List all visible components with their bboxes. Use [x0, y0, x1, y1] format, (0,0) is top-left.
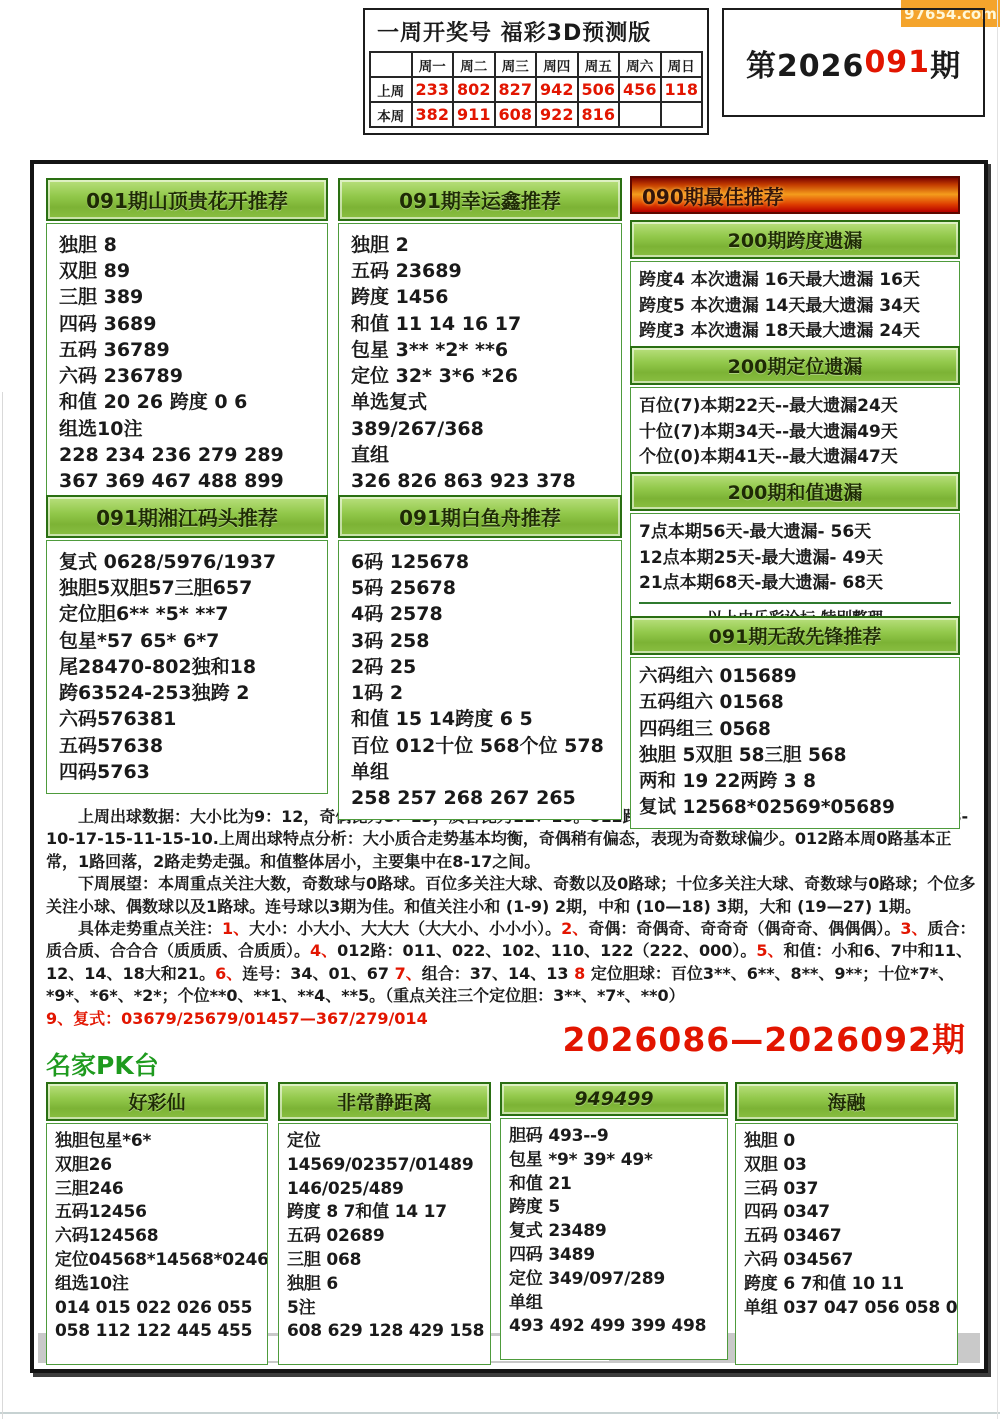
pk-line: 608 629 128 429 158	[287, 1320, 482, 1344]
omission-section: 200期和值遗漏7点本期56天-最大遗漏- 56天12点本期25天-最大遗漏- …	[630, 472, 960, 637]
prediction-box: 091期湘江码头推荐复式 0628/5976/1937独胆5双胆57三胆657定…	[46, 495, 328, 794]
omission-section-body: 百位(7)本期22天--最大遗漏24天十位(7)本期34天--最大遗漏49天个位…	[630, 387, 960, 478]
omission-line: 独胆 5双胆 58三胆 568	[639, 743, 951, 769]
omission-section-body: 跨度4 本次遗漏 16天最大遗漏 16天跨度5 本次遗漏 14天最大遗漏 34天…	[630, 261, 960, 352]
week-table-value: 911	[453, 102, 495, 127]
week-table-value: 118	[661, 77, 703, 102]
issue-range: 2026086—2026092期	[561, 1014, 968, 1061]
prediction-line: 直组	[351, 442, 609, 468]
omission-line: 复试 12568*02569*05689	[639, 795, 951, 821]
pk-box-body: 定位14569/02357/01489146/025/489跨度 8 7和值 1…	[278, 1123, 491, 1365]
pk-line: 和值 21	[509, 1173, 719, 1197]
prediction-box-title: 091期白鱼舟推荐	[338, 495, 622, 538]
omission-line: 两和 19 22两跨 3 8	[639, 769, 951, 795]
week-table-col-header: 周三	[495, 52, 537, 77]
prediction-line: 跨度 1456	[351, 284, 609, 310]
prediction-line: 定位 32* 3*6 *26	[351, 363, 609, 389]
prediction-line: 定位胆6** *5* **7	[59, 601, 315, 627]
pk-line: 三码 037	[744, 1178, 949, 1202]
pk-line: 包星 *9* 39* 49*	[509, 1149, 719, 1173]
prediction-line: 2码 25	[351, 654, 609, 680]
prediction-line: 独胆 2	[351, 232, 609, 258]
pk-line: 五码 02689	[287, 1225, 482, 1249]
prediction-line: 组选10注	[59, 416, 315, 442]
omission-line: 跨度4 本次遗漏 16天最大遗漏 16天	[639, 268, 951, 294]
analysis-segment: 大小：小大小、大大大（大大小、小小小）。	[249, 919, 561, 938]
prediction-line: 单选复式	[351, 389, 609, 415]
prediction-box-title: 091期幸运鑫推荐	[338, 178, 622, 221]
prediction-line: 包星*57 65* 6*7	[59, 628, 315, 654]
prediction-box-title: 091期山顶贵花开推荐	[46, 178, 328, 221]
pk-line: 双胆 03	[744, 1154, 949, 1178]
prediction-line: 四码 3689	[59, 311, 315, 337]
pk-line: 三胆246	[55, 1178, 259, 1202]
prediction-line: 389/267/368	[351, 416, 609, 442]
analysis-segment: 4、	[310, 941, 337, 960]
omission-section: 200期定位遗漏百位(7)本期22天--最大遗漏24天十位(7)本期34天--最…	[630, 346, 960, 478]
pk-line: 146/025/489	[287, 1178, 482, 1202]
analysis-text: 上周出球数据：大小比为9：12，奇偶比为8：13，质合比为11：10。012路比…	[46, 806, 980, 1030]
pk-line: 定位04568*14568*02468	[55, 1249, 259, 1273]
prediction-line: 258 257 268 267 265	[351, 785, 609, 811]
pk-line: 双胆26	[55, 1154, 259, 1178]
week-table-value: 506	[578, 77, 620, 102]
pk-line: 独胆 0	[744, 1130, 949, 1154]
analysis-segment: 具体走势重点关注：	[78, 919, 222, 938]
pk-box-body: 独胆 0双胆 03三码 037四码 0347五码 03467六码 034567跨…	[735, 1123, 958, 1365]
prediction-line: 1码 2	[351, 680, 609, 706]
prediction-box: 091期幸运鑫推荐独胆 2五码 23689跨度 1456和值 11 14 16 …	[338, 178, 622, 529]
prediction-line: 单组	[351, 759, 609, 785]
week-table-corner	[370, 52, 412, 77]
prediction-box: 091期白鱼舟推荐6码 1256785码 256784码 25783码 2582…	[338, 495, 622, 820]
omission-line: 六码组六 015689	[639, 664, 951, 690]
week-table-value: 942	[536, 77, 578, 102]
prediction-box: 091期山顶贵花开推荐独胆 8双胆 89三胆 389四码 3689五码 3678…	[46, 178, 328, 503]
pk-line: 定位	[287, 1130, 482, 1154]
omission-section-title: 200期定位遗漏	[630, 346, 960, 385]
pk-line: 493 492 499 399 498	[509, 1315, 719, 1339]
week-table-title: 一周开奖号 福彩3D预测版	[365, 10, 707, 51]
prediction-line: 6码 125678	[351, 549, 609, 575]
pk-line: 14569/02357/01489	[287, 1154, 482, 1178]
prediction-line: 双胆 89	[59, 258, 315, 284]
prediction-line: 3码 258	[351, 628, 609, 654]
prediction-line: 5码 25678	[351, 575, 609, 601]
prediction-line: 独胆 8	[59, 232, 315, 258]
issue-suffix: 期	[930, 41, 961, 85]
pk-box-body: 胆码 493--9包星 *9* 39* 49*和值 21跨度 5复式 23489…	[500, 1118, 728, 1360]
prediction-line: 367 369 467 488 899	[59, 468, 315, 494]
week-table-row-label: 上周	[370, 77, 412, 102]
pk-line: 独胆包星*6*	[55, 1130, 259, 1154]
analysis-segment: 组合：37、14、13	[422, 964, 574, 983]
prediction-line: 228 234 236 279 289	[59, 442, 315, 468]
page-bottom-line	[0, 1412, 1000, 1414]
best-recommend-banner: 090期最佳推荐	[630, 176, 960, 214]
week-table-value: 382	[412, 102, 454, 127]
pk-line: 三胆 068	[287, 1249, 482, 1273]
omission-line: 跨度3 本次遗漏 18天最大遗漏 24天	[639, 319, 951, 345]
pk-line: 五码12456	[55, 1201, 259, 1225]
week-table-row: 上周233802827942506456118	[370, 77, 702, 102]
prediction-box-body: 复式 0628/5976/1937独胆5双胆57三胆657定位胆6** *5* …	[46, 540, 328, 794]
issue-number: 第2026091期	[722, 8, 985, 117]
pk-line: 跨度 5	[509, 1196, 719, 1220]
week-table-header-row: 周一周二周三周四周五周六周日	[370, 52, 702, 77]
pk-line: 复式 23489	[509, 1220, 719, 1244]
analysis-segment: 2、	[561, 919, 588, 938]
week-table-grid: 周一周二周三周四周五周六周日上周233802827942506456118本周3…	[369, 51, 703, 128]
pk-line: 六码124568	[55, 1225, 259, 1249]
week-table-row: 本周382911608922816	[370, 102, 702, 127]
main-board: 090期最佳推荐 上周出球数据：大小比为9：12，奇偶比为8：13，质合比为11…	[30, 160, 988, 1373]
pk-line: 六码 034567	[744, 1249, 949, 1273]
pk-line: 单组	[509, 1292, 719, 1316]
prediction-line: 四码5763	[59, 759, 315, 785]
pk-line: 5注	[287, 1297, 482, 1321]
analysis-paragraph-2: 下周展望：本周重点关注大数，奇数球与0路球。百位多关注大球、奇数以及0路球；十位…	[46, 873, 980, 918]
pk-line: 胆码 493--9	[509, 1125, 719, 1149]
prediction-line: 独胆5双胆57三胆657	[59, 575, 315, 601]
prediction-line: 复式 0628/5976/1937	[59, 549, 315, 575]
omission-line: 7点本期56天-最大遗漏- 56天	[639, 520, 951, 546]
prediction-line: 六码576381	[59, 706, 315, 732]
omission-line: 百位(7)本期22天--最大遗漏24天	[639, 394, 951, 420]
prediction-line: 百位 012十位 568个位 578	[351, 733, 609, 759]
prediction-line: 包星 3** *2* **6	[351, 337, 609, 363]
prediction-box-body: 独胆 8双胆 89三胆 389四码 3689五码 36789六码 236789和…	[46, 223, 328, 503]
pk-line: 四码 3489	[509, 1244, 719, 1268]
pk-box: 好彩仙独胆包星*6*双胆26三胆246五码12456六码124568定位0456…	[46, 1082, 268, 1365]
prediction-line: 跨63524-253独跨 2	[59, 680, 315, 706]
analysis-segment: 1、	[222, 919, 249, 938]
analysis-paragraph-3: 具体走势重点关注：1、大小：小大小、大大大（大大小、小小小）。2、奇偶：奇偶奇、…	[46, 918, 980, 1008]
analysis-segment: 奇偶：奇偶奇、奇奇奇（偶奇奇、偶偶偶）。	[588, 919, 900, 938]
analysis-segment: 6、	[215, 964, 242, 983]
analysis-segment: 连号：34、01、67	[242, 964, 394, 983]
prediction-box-title: 091期湘江码头推荐	[46, 495, 328, 538]
pk-box: 海融独胆 0双胆 03三码 037四码 0347五码 03467六码 03456…	[735, 1082, 958, 1365]
banner-label: 090期最佳推荐	[642, 181, 784, 210]
omission-line: 十位(7)本期34天--最大遗漏49天	[639, 420, 951, 446]
prediction-box-body: 独胆 2五码 23689跨度 1456和值 11 14 16 17包星 3** …	[338, 223, 622, 529]
week-table-col-header: 周六	[619, 52, 661, 77]
pk-box: 非常静距离定位14569/02357/01489146/025/489跨度 8 …	[278, 1082, 491, 1365]
pk-line: 独胆 6	[287, 1273, 482, 1297]
analysis-segment: 012路：011、022、102、110、122（222、000）。	[337, 941, 756, 960]
omission-line: 跨度5 本次遗漏 14天最大遗漏 34天	[639, 294, 951, 320]
week-table-value: 608	[495, 102, 537, 127]
prediction-line: 4码 2578	[351, 601, 609, 627]
week-table-value: 827	[495, 77, 537, 102]
omission-line: 五码组六 01568	[639, 690, 951, 716]
analysis-segment: 3、	[900, 919, 927, 938]
omission-section-title: 091期无敌先锋推荐	[630, 616, 960, 655]
prediction-line: 和值 11 14 16 17	[351, 311, 609, 337]
pk-box: 949499胆码 493--9包星 *9* 39* 49*和值 21跨度 5复式…	[500, 1082, 728, 1360]
pk-line: 014 015 022 026 055	[55, 1297, 259, 1321]
omission-section-body: 六码组六 015689五码组六 01568四码组三 0568独胆 5双胆 58三…	[630, 657, 960, 829]
prediction-line: 五码 23689	[351, 258, 609, 284]
analysis-segment: 5、	[756, 941, 783, 960]
page-right-line	[997, 0, 998, 1419]
issue-prefix: 第2026	[746, 41, 865, 85]
analysis-segment: 8	[574, 964, 585, 983]
pk-box-title: 海融	[735, 1082, 958, 1121]
pk-line: 五码 03467	[744, 1225, 949, 1249]
prediction-line: 三胆 389	[59, 284, 315, 310]
week-table-col-header: 周二	[453, 52, 495, 77]
pk-line: 跨度 6 7和值 10 11	[744, 1273, 949, 1297]
week-table-value	[619, 102, 661, 127]
week-table-col-header: 周四	[536, 52, 578, 77]
prediction-box-body: 6码 1256785码 256784码 25783码 2582码 251码 2和…	[338, 540, 622, 820]
omission-section-title: 200期和值遗漏	[630, 472, 960, 511]
pk-line: 单组 037 047 056 058 059	[744, 1297, 949, 1321]
pk-line: 四码 0347	[744, 1201, 949, 1225]
omission-line: 四码组三 0568	[639, 717, 951, 743]
week-table-value: 456	[619, 77, 661, 102]
omission-section-title: 200期跨度遗漏	[630, 220, 960, 259]
week-table-col-header: 周日	[661, 52, 703, 77]
omission-line: 12点本期25天-最大遗漏- 49天	[639, 546, 951, 572]
page-left-line	[2, 392, 3, 1419]
pk-line: 定位 349/097/289	[509, 1268, 719, 1292]
prediction-line: 五码 36789	[59, 337, 315, 363]
issue-highlight: 091	[864, 45, 930, 80]
week-table-col-header: 周五	[578, 52, 620, 77]
week-table-row-label: 本周	[370, 102, 412, 127]
pk-box-title: 非常静距离	[278, 1082, 491, 1121]
week-table-value: 816	[578, 102, 620, 127]
pk-line: 跨度 8 7和值 14 17	[287, 1201, 482, 1225]
week-table-value	[661, 102, 703, 127]
pk-line: 058 112 122 445 455	[55, 1320, 259, 1344]
pk-box-title: 好彩仙	[46, 1082, 268, 1121]
prediction-line: 五码57638	[59, 733, 315, 759]
prediction-line: 尾28470-802独和18	[59, 654, 315, 680]
week-table-col-header: 周一	[412, 52, 454, 77]
pk-section-title: 名家PK台	[46, 1046, 159, 1082]
pk-line: 组选10注	[55, 1273, 259, 1297]
prediction-line: 和值 20 26 跨度 0 6	[59, 389, 315, 415]
prediction-line: 和值 15 14跨度 6 5	[351, 706, 609, 732]
omission-line: 21点本期68天-最大遗漏- 68天	[639, 571, 951, 597]
omission-line: 个位(0)本期41天--最大遗漏47天	[639, 445, 951, 471]
week-table-value: 922	[536, 102, 578, 127]
pk-box-body: 独胆包星*6*双胆26三胆246五码12456六码124568定位04568*1…	[46, 1123, 268, 1365]
week-draw-table: 一周开奖号 福彩3D预测版 周一周二周三周四周五周六周日上周2338028279…	[363, 8, 709, 135]
week-table-value: 802	[453, 77, 495, 102]
pk-box-title: 949499	[500, 1082, 728, 1116]
week-table-value: 233	[412, 77, 454, 102]
omission-section: 200期跨度遗漏跨度4 本次遗漏 16天最大遗漏 16天跨度5 本次遗漏 14天…	[630, 220, 960, 352]
analysis-segment: 7、	[395, 964, 422, 983]
omission-section: 091期无敌先锋推荐六码组六 015689五码组六 01568四码组三 0568…	[630, 616, 960, 829]
prediction-line: 六码 236789	[59, 363, 315, 389]
